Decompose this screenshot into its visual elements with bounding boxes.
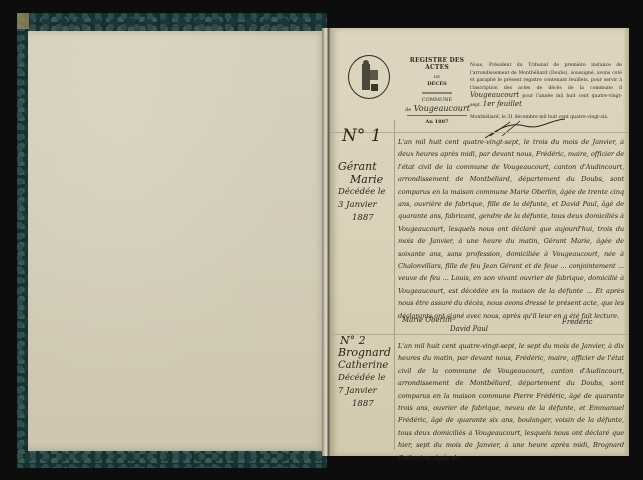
signature: Frédéric bbox=[562, 318, 592, 326]
entry-margin-note: Gérant Marie Décédée le 3 Janvier 1887 bbox=[338, 160, 386, 225]
register-title-de: DE bbox=[402, 74, 472, 79]
paper-texture bbox=[28, 31, 328, 451]
register-year: An 1887 bbox=[402, 119, 472, 125]
cover-corner bbox=[17, 13, 29, 29]
seal-stamp-icon bbox=[348, 55, 390, 99]
divider bbox=[422, 92, 452, 94]
death-year: 1887 bbox=[338, 212, 386, 225]
entry-number: N° 1 bbox=[342, 126, 382, 146]
handwritten-note: 1er feuillet bbox=[483, 100, 522, 108]
commune-prefix: de bbox=[405, 107, 411, 113]
left-page-blank bbox=[28, 31, 328, 451]
death-date: 3 Janvier bbox=[338, 199, 386, 212]
register-page: REGISTRE DES ACTES DE DÉCÈS COMMUNE de V… bbox=[330, 28, 629, 456]
deceased-surname: Gérant bbox=[338, 160, 386, 173]
signature: Marie Oberlin bbox=[402, 316, 452, 324]
entry-margin-note: Brognard Catherine Décédée le 7 Janvier … bbox=[338, 346, 391, 411]
death-year: 1887 bbox=[338, 398, 391, 411]
president-declaration: Nous, Président du Tribunal de première … bbox=[470, 62, 622, 121]
margin-rule bbox=[394, 120, 395, 450]
register-title: REGISTRE DES ACTES bbox=[402, 57, 472, 71]
death-note-label: Décédée le bbox=[338, 372, 391, 385]
death-note-label: Décédée le bbox=[338, 186, 386, 199]
commune-name: de Vougeaucourt bbox=[402, 104, 472, 113]
signature: David Paul bbox=[450, 325, 488, 333]
death-date: 7 Janvier bbox=[338, 385, 391, 398]
deceased-firstname: Catherine bbox=[338, 359, 391, 372]
register-kind: DÉCÈS bbox=[402, 81, 472, 87]
ruled-line bbox=[330, 334, 629, 335]
death-record-text: L'an mil huit cent quatre-vingt-sept, le… bbox=[398, 136, 624, 322]
deceased-surname: Brognard bbox=[338, 346, 391, 359]
register-header: REGISTRE DES ACTES DE DÉCÈS COMMUNE de V… bbox=[402, 57, 472, 125]
declaration-commune: Vougeaucourt bbox=[470, 91, 519, 99]
commune-name-text: Vougeaucourt bbox=[414, 104, 470, 113]
deceased-firstname: Marie bbox=[338, 173, 386, 186]
death-record-text: L'an mil huit cent quatre-vingt-sept, le… bbox=[398, 340, 624, 464]
divider bbox=[407, 115, 467, 116]
commune-label: COMMUNE bbox=[402, 97, 472, 103]
